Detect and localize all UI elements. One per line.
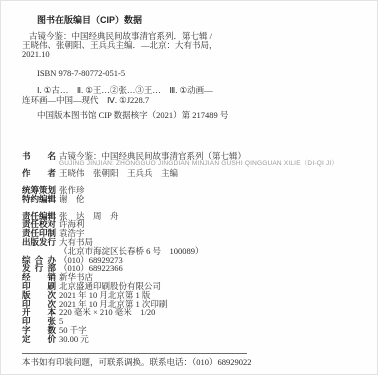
- colophon-row-special-editor: 特约编辑谢 伦: [22, 195, 359, 204]
- classification-line1: Ⅰ. ①古… Ⅱ. ①王…②张…③王… Ⅲ. ①动画—: [22, 85, 359, 95]
- divider-rule: [22, 353, 247, 354]
- colophon-row-format: 开本220 毫米 × 210 毫米 1/20: [22, 308, 359, 317]
- row-value: 王晓伟 张朝阳 王兵兵 主编: [59, 168, 178, 178]
- colophon-row-authors: 作者王晓伟 张朝阳 王兵兵 主编: [22, 169, 359, 178]
- row-label: 书名: [22, 152, 56, 161]
- classification-block: Ⅰ. ①古… Ⅱ. ①王…②张…③王… Ⅲ. ①动画— 连环画—中国—现代 Ⅳ.…: [22, 85, 359, 105]
- row-label: 出版发行: [22, 238, 56, 247]
- row-value: 220 毫米 × 210 毫米 1/20: [59, 307, 155, 317]
- row-label: 定价: [22, 335, 56, 344]
- footer-note: 本书如有印装问题，可联系调换。联系电话：（010）68929022: [22, 358, 359, 367]
- cip-header: 图书在版编目（CIP）数据: [22, 15, 359, 25]
- isbn-line: ISBN 978-7-80772-051-5: [22, 69, 359, 78]
- colophon-row-price: 定价30.00 元: [22, 335, 359, 344]
- row-value: 谢 伦: [59, 194, 85, 204]
- page-content: 图书在版编目（CIP）数据 古镜今鉴：中国经典民间故事清官系列．第七辑 / 王晓…: [1, 1, 377, 367]
- cip-record-line: 中国版本图书馆 CIP 数据核字（2021）第 217489 号: [22, 111, 359, 120]
- cip-paragraph-line2: 王晓伟、张朝阳、王兵兵主编．—北京：大有书局，: [22, 41, 359, 50]
- colophon: 书名古镜今鉴：中国经典民间故事清官系列（第七辑） GUJING JINJIAN:…: [22, 152, 359, 344]
- row-label: 作者: [22, 169, 56, 178]
- copyright-page: 图书在版编目（CIP）数据 古镜今鉴：中国经典民间故事清官系列．第七辑 / 王晓…: [0, 0, 378, 375]
- cip-paragraph: 古镜今鉴：中国经典民间故事清官系列．第七辑 / 王晓伟、张朝阳、王兵兵主编．—北…: [22, 32, 359, 60]
- cip-paragraph-line3: 2021.10: [22, 50, 359, 59]
- row-value: 30.00 元: [59, 334, 89, 344]
- classification-line2: 连环画—中国—现代 Ⅳ. ①J228.7: [22, 95, 359, 105]
- row-label: 特约编辑: [22, 195, 56, 204]
